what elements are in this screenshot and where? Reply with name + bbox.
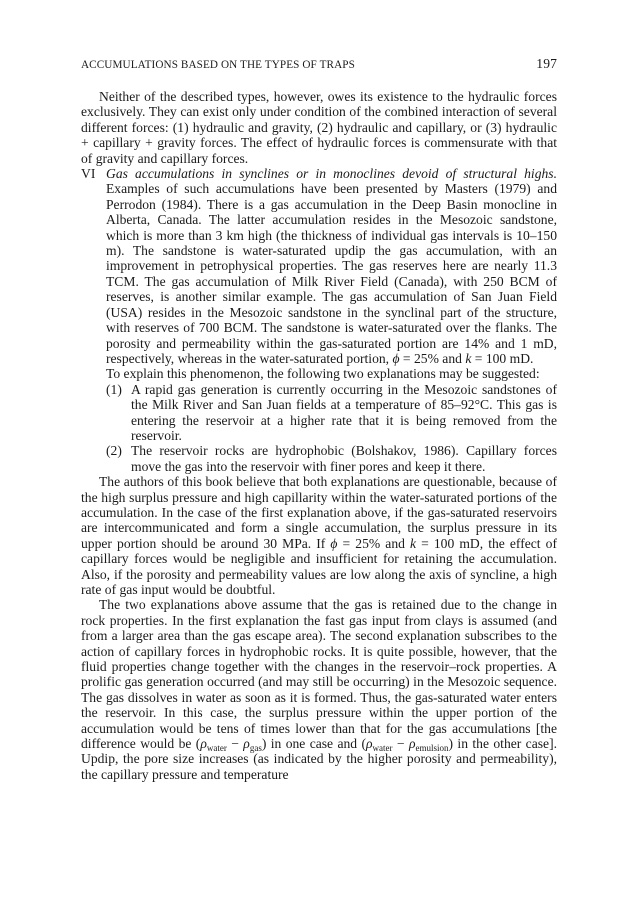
phi-symbol: ϕ: [392, 351, 399, 366]
paragraph-forces: Neither of the described types, however,…: [81, 89, 557, 166]
equation-text: = 25% and: [400, 351, 466, 366]
document-page: ACCUMULATIONS BASED ON THE TYPES OF TRAP…: [81, 56, 557, 782]
running-head: ACCUMULATIONS BASED ON THE TYPES OF TRAP…: [81, 56, 557, 71]
minus-sign: −: [393, 736, 409, 751]
section-vi: VI Gas accumulations in synclines or in …: [81, 166, 557, 474]
text-run: = 25% and: [337, 536, 410, 551]
minus-sign: −: [227, 736, 243, 751]
section-vi-intro: To explain this phenomenon, the followin…: [106, 366, 557, 381]
list-item-text: The reservoir rocks are hydrophobic (Bol…: [131, 443, 557, 474]
list-item: (2) The reservoir rocks are hydrophobic …: [106, 443, 557, 474]
section-vi-body: Gas accumulations in synclines or in mon…: [106, 166, 557, 366]
list-number: (1): [106, 382, 122, 397]
section-body-text: Examples of such accumulations have been…: [106, 181, 557, 365]
list-item: (1) A rapid gas generation is currently …: [106, 382, 557, 444]
paragraph-explanations: The two explanations above assume that t…: [81, 597, 557, 782]
list-item-text: A rapid gas generation is currently occu…: [131, 382, 557, 444]
equation-text: = 100 mD.: [471, 351, 533, 366]
text-run: ) in one case and (: [262, 736, 366, 751]
section-label: VI: [81, 166, 95, 181]
paragraph-authors: The authors of this book believe that bo…: [81, 474, 557, 597]
section-title: Gas accumulations in synclines or in mon…: [106, 166, 557, 181]
list-number: (2): [106, 443, 122, 458]
running-title: ACCUMULATIONS BASED ON THE TYPES OF TRAP…: [81, 58, 355, 73]
text-run: The two explanations above assume that t…: [81, 597, 557, 751]
page-number: 197: [536, 56, 557, 71]
